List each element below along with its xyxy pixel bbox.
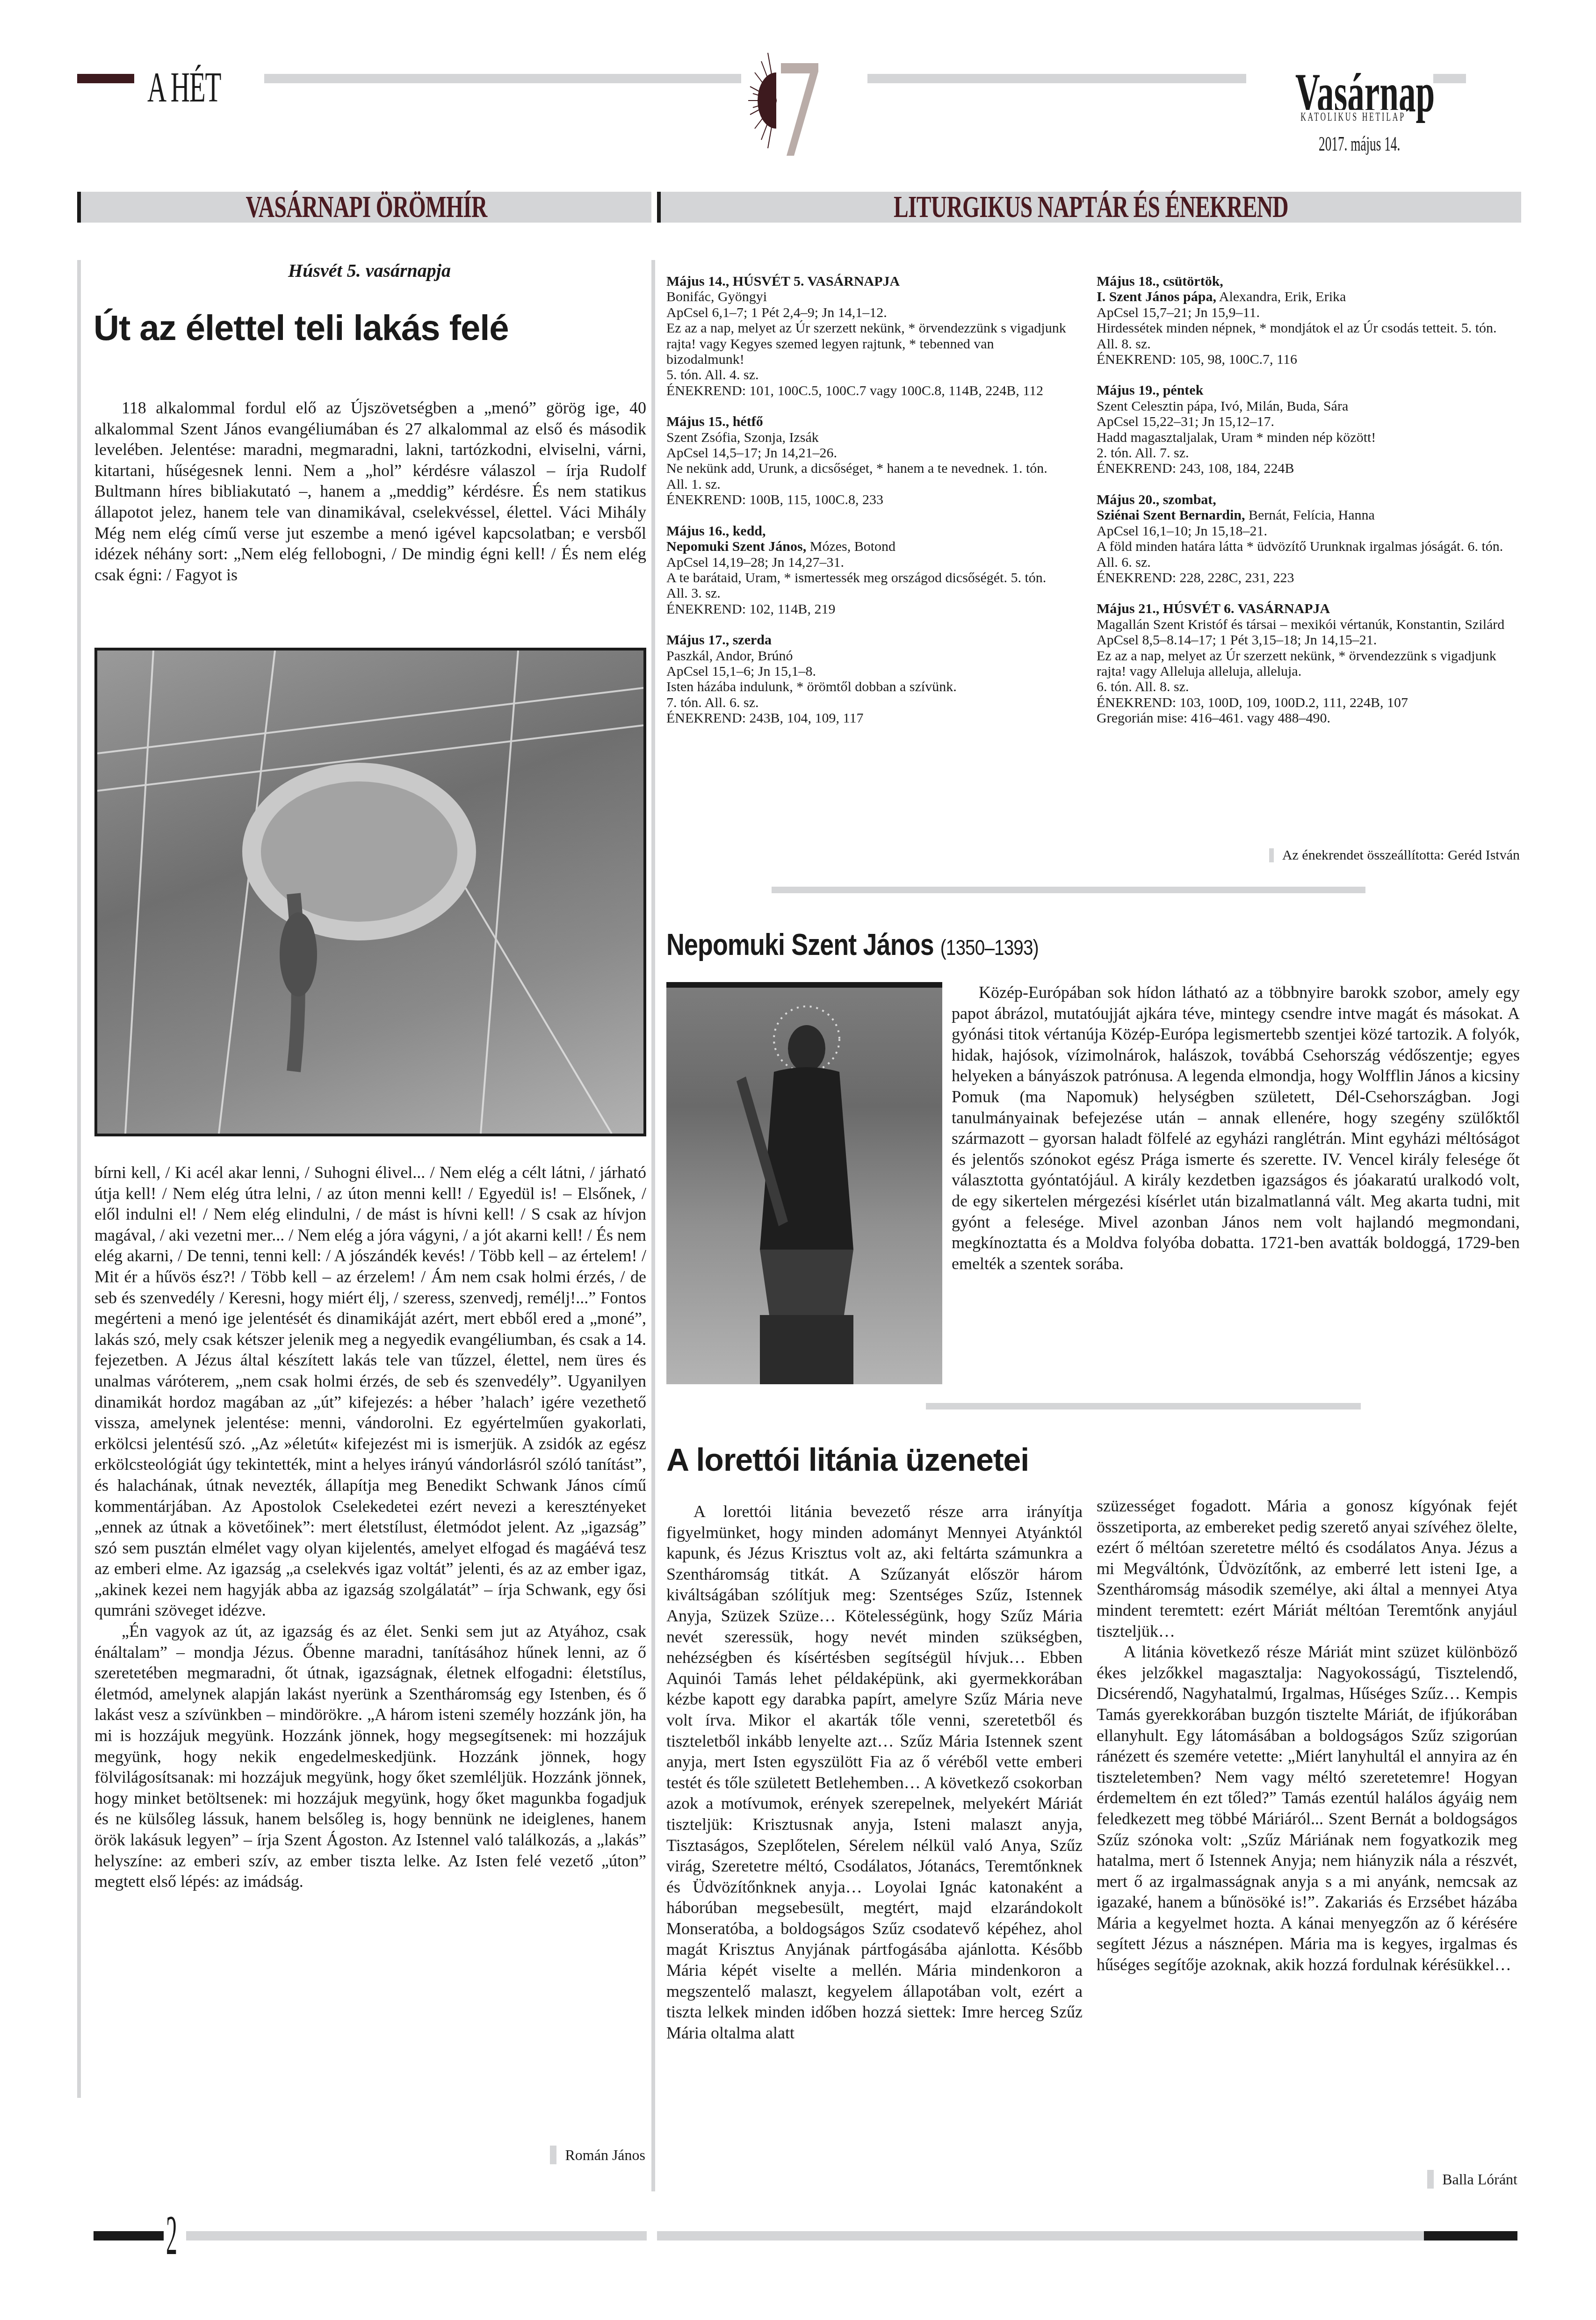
calendar-column-1: Május 14., HÚSVÉT 5. VASÁRNAPJA Bonifác,…: [666, 274, 1069, 742]
calendar-entry: Május 14., HÚSVÉT 5. VASÁRNAPJA Bonifác,…: [666, 274, 1069, 398]
nepomuk-title: Nepomuki Szent János (1350–1393): [666, 928, 1039, 961]
article-paragraph: A litánia következő része Máriát mint sz…: [1097, 1641, 1517, 1975]
article-headline: Út az élettel teli lakás felé: [94, 309, 645, 348]
calendar-entry: Május 20., szombat, Sziénai Szent Bernar…: [1097, 492, 1517, 585]
author-byline: Balla Lóránt: [1263, 2170, 1517, 2189]
issue-date: 2017. május 14.: [1319, 132, 1400, 156]
column-rule-middle: [651, 260, 655, 2191]
weaver-nest-photo: [94, 648, 646, 1136]
litany-column-2: szüzességet fogadott. Mária a gonosz kíg…: [1097, 1496, 1517, 1975]
article-body: bírni kell, / Ki acél akar lenni, / Suho…: [94, 1162, 646, 1892]
litany-title: A lorettói litánia üzenetei: [666, 1443, 1087, 1478]
footer-accent-bar: [94, 2231, 164, 2240]
article-intro: 118 alkalommal fordul elő az Újszövetség…: [94, 398, 646, 585]
calendar-entry: Május 15., hétfő Szent Zsófia, Szonja, I…: [666, 414, 1069, 507]
calendar-entry: Május 16., kedd, Nepomuki Szent János, M…: [666, 523, 1069, 617]
byline-marker: [550, 2146, 556, 2164]
calendar-entry: Május 21., HÚSVÉT 6. VASÁRNAPJA Magallán…: [1097, 601, 1517, 726]
header-accent-bar: [77, 74, 134, 83]
calendar-entry: Május 18., csütörtök, I. Szent János páp…: [1097, 274, 1517, 367]
logo-7-sunburst-icon: [748, 44, 823, 157]
footer-rule-right: [657, 2231, 1424, 2240]
byline-marker: [1269, 848, 1274, 862]
header-rule-right: [867, 74, 1246, 83]
article-paragraph: szüzességet fogadott. Mária a gonosz kíg…: [1097, 1496, 1517, 1641]
calendar-entry: Május 19., péntek Szent Celesztin pápa, …: [1097, 383, 1517, 476]
divider-rule: [772, 887, 1365, 893]
footer-rule: [186, 2231, 647, 2240]
section-header-orome: VASÁRNAPI ÖRÖMHÍR: [77, 192, 651, 223]
nepomuk-statue-photo: [666, 982, 942, 1384]
footer-accent-bar-right: [1424, 2231, 1517, 2240]
column-rule-left: [77, 260, 81, 2098]
author-name: Román János: [565, 2147, 645, 2164]
section-title: LITURGIKUS NAPTÁR ÉS ÉNEKREND: [894, 189, 1288, 225]
article-paragraph: bírni kell, / Ki acél akar lenni, / Suho…: [94, 1162, 646, 1621]
calendar-entry: Május 17., szerda Paszkál, Andor, Brúnó …: [666, 632, 1069, 726]
article-paragraph: A lorettói litánia bevezető része arra i…: [666, 1501, 1083, 2043]
article-kicker: Húsvét 5. vasárnapja: [94, 260, 645, 282]
brand-subtitle: KATOLIKUS HETILAP: [1300, 110, 1406, 124]
section-label: A HÉT: [147, 65, 221, 108]
article-paragraph: Közép-Európában sok hídon látható az a t…: [952, 982, 1520, 1274]
page-number: 2: [166, 2207, 177, 2263]
nepomuk-text: Közép-Európában sok hídon látható az a t…: [952, 982, 1520, 1274]
author-byline: Román János: [421, 2146, 645, 2164]
header-rule: [264, 74, 741, 83]
article-paragraph: „Én vagyok az út, az igazság és az élet.…: [94, 1621, 646, 1892]
author-name: Balla Lóránt: [1442, 2171, 1517, 2188]
article-paragraph: 118 alkalommal fordul elő az Újszövetség…: [94, 398, 646, 585]
calendar-column-2: Május 18., csütörtök, I. Szent János páp…: [1097, 274, 1517, 742]
byline-marker: [1427, 2170, 1434, 2189]
calendar-credit: Az énekrendet összeállította: Geréd Istv…: [1216, 847, 1520, 863]
divider-rule: [926, 1403, 1361, 1409]
litany-column-1: A lorettói litánia bevezető része arra i…: [666, 1501, 1083, 2043]
section-title: VASÁRNAPI ÖRÖMHÍR: [246, 189, 487, 225]
section-header-calendar: LITURGIKUS NAPTÁR ÉS ÉNEKREND: [657, 192, 1521, 223]
header-rule-end: [1433, 74, 1466, 83]
